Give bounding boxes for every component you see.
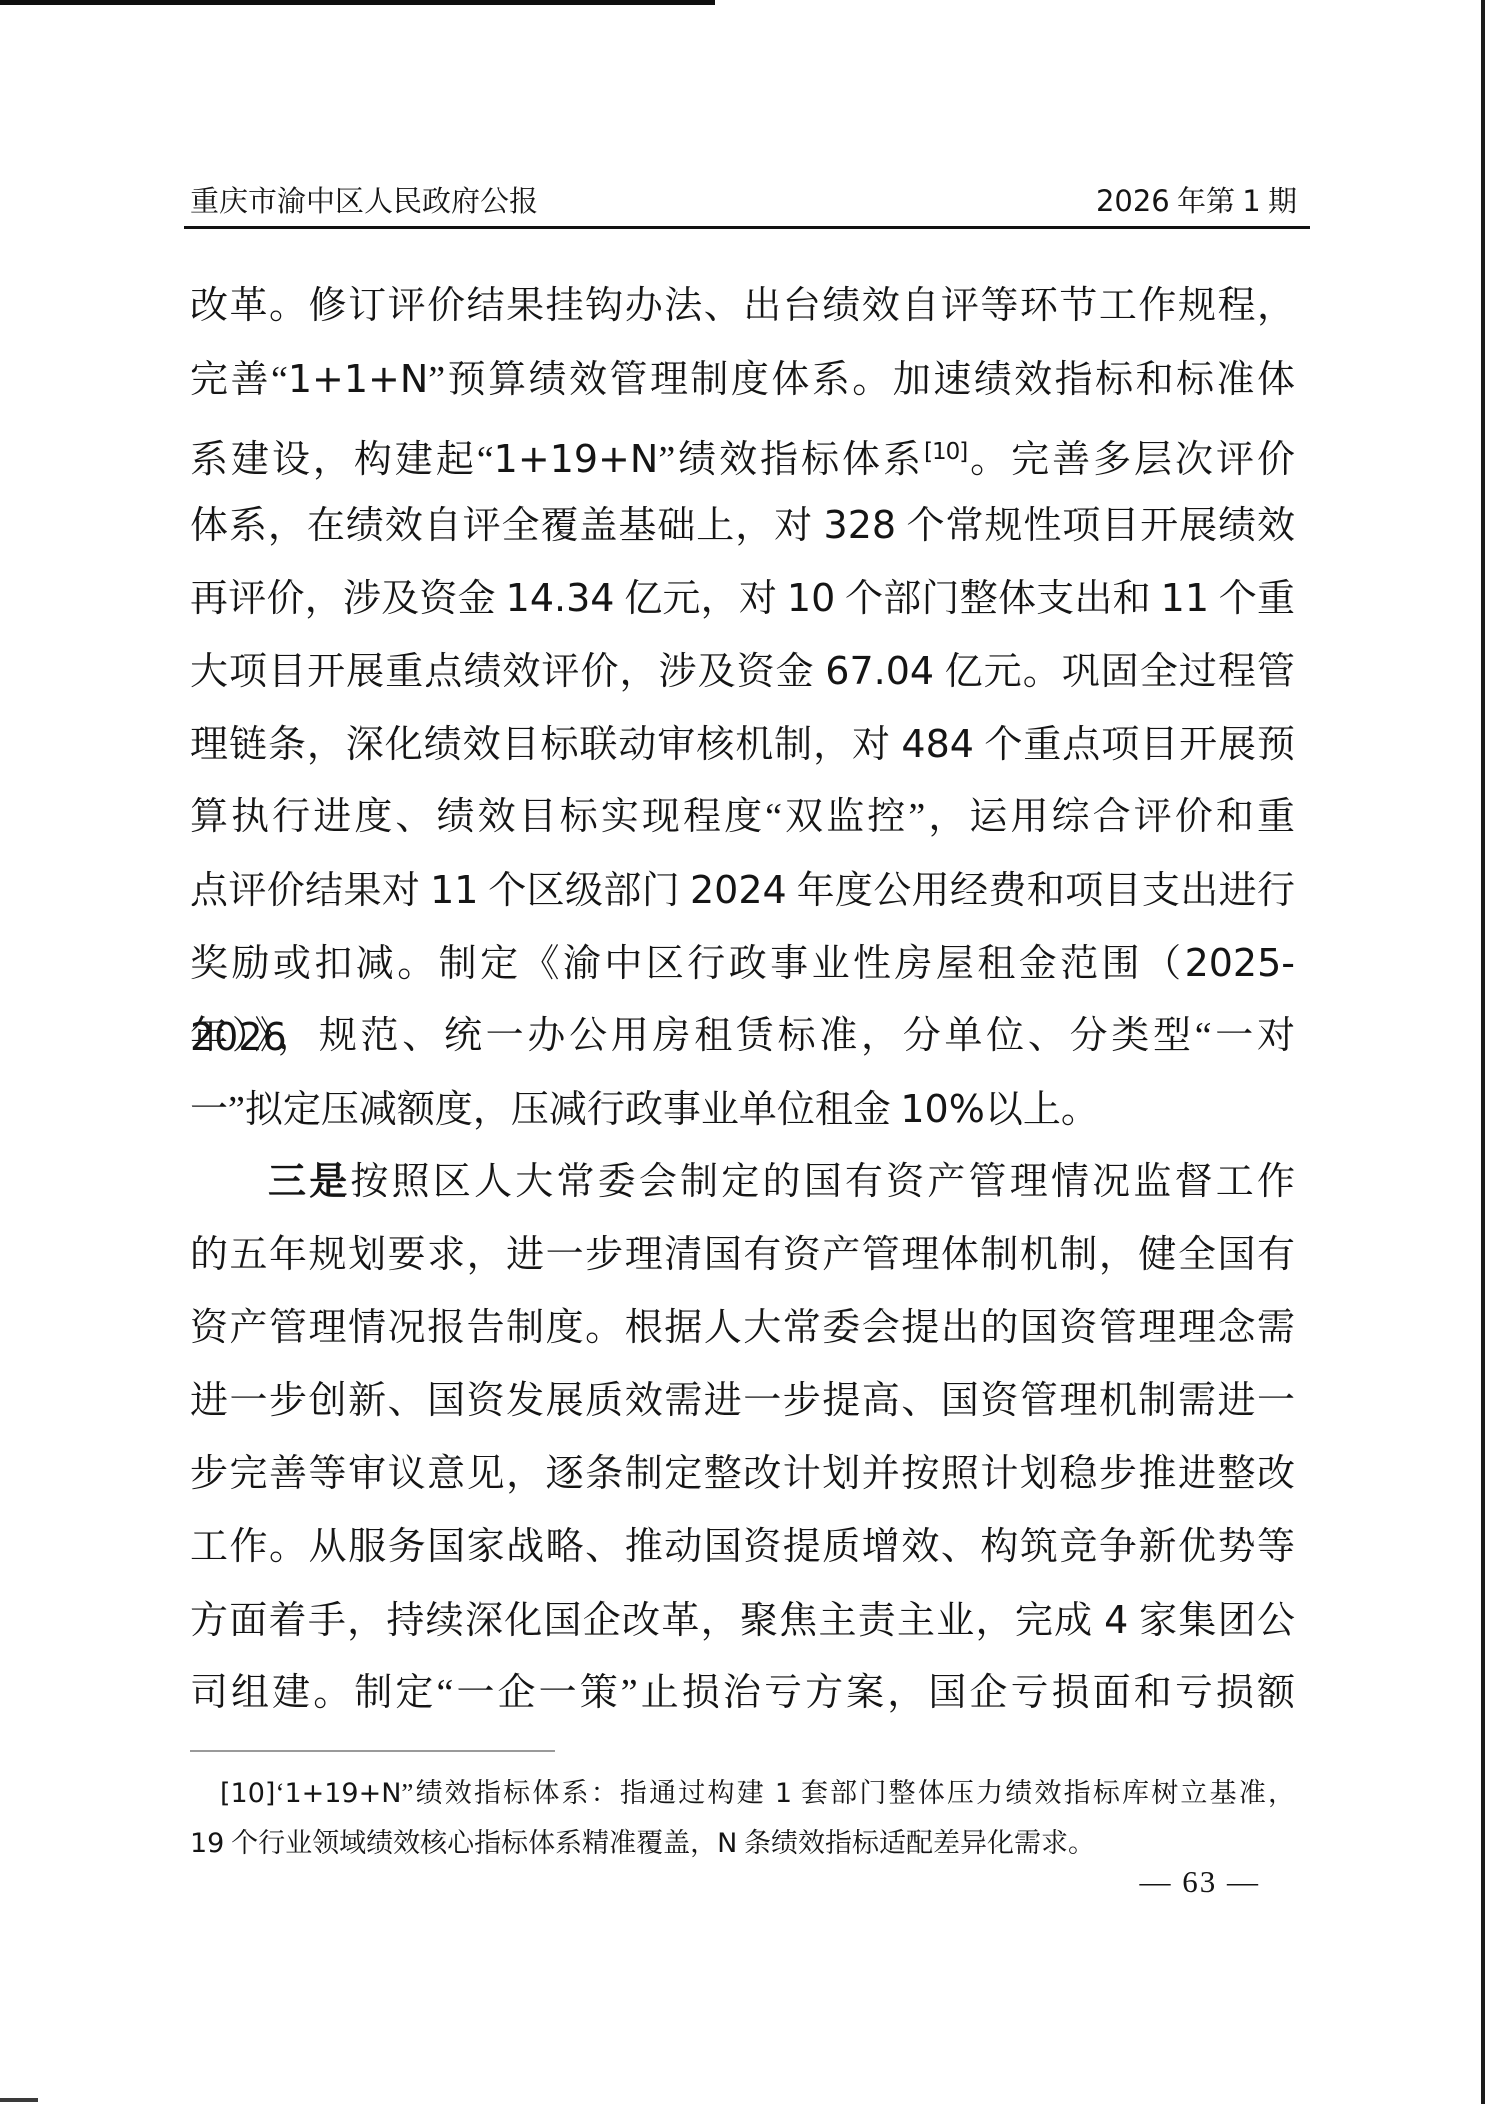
text-run: 期 [1261,186,1297,218]
gazette-title: 重庆市渝中区人民政府公报 [190,185,538,219]
text-run: 年第 [1170,186,1243,218]
text-run: 点评价结果对 [190,870,430,912]
text-line: 奖励或扣减。制定《渝中区行政事业性房屋租金范围（2025-2026 [190,927,1295,1000]
text-line: 的五年规划要求，进一步理清国有资产管理体制机制，健全国有 [190,1219,1295,1292]
text-line: 点评价结果对 11 个区级部门 2024 年度公用经费和项目支出进行 [190,854,1295,927]
text-run: ”绩效指标体系 [658,439,924,481]
text-line: 步完善等审议意见，逐条制定整改计划并按照计划稳步推进整改 [190,1438,1295,1511]
text-run: ”绩效指标体系：指通过构建 [401,1778,774,1808]
text-run: 个常规性项目开展绩效 [896,505,1295,547]
page-header: 重庆市渝中区人民政府公报 2026 年第 1 期 [190,184,1297,219]
text-run: 亿元。巩固全过程管 [934,651,1295,693]
text-run: 三是 [268,1161,350,1203]
numeric-text: 1+19+N [494,437,659,481]
numeric-text: 1+1+N [288,357,428,401]
text-run: 进一步创新、国资发展质效需进一步提高、国资管理机制需进一 [190,1380,1295,1422]
text-run: 奖励或扣减。制定《渝中区行政事业性房屋租金范围（ [190,943,1185,985]
numeric-text: 2026 [1096,184,1170,218]
text-run: 司组建。制定“一企一策”止损治亏方案，国企亏损面和亏损额 [190,1672,1295,1714]
text-run: 亿元，对 [614,578,786,620]
text-line: 方面着手，持续深化国企改革，聚焦主责主业，完成 4 家集团公 [190,1584,1295,1657]
numeric-text: 10 [787,576,835,620]
text-run: 步完善等审议意见，逐条制定整改计划并按照计划稳步推进整改 [190,1453,1295,1495]
text-run: 套部门整体压力绩效指标库树立基准， [792,1778,1295,1808]
scan-artifact-right-edge [1481,0,1485,2104]
text-run: 年）》，规范、统一办公用房租赁标准，分单位、分类型“一对 [190,1015,1295,1057]
text-line: 进一步创新、国资发展质效需进一步提高、国资管理机制需进一 [190,1365,1295,1438]
numeric-text: 484 [901,722,974,766]
numeric-text: 10% [900,1087,984,1131]
numeric-text: 1 [775,1778,792,1809]
text-line: 理链条，深化绩效目标联动审核机制，对 484 个重点项目开展预 [190,708,1295,781]
text-line: 一”拟定压减额度，压减行政事业单位租金 10%以上。 [190,1073,1295,1146]
text-run: 家集团公 [1128,1600,1295,1642]
text-line: 年）》，规范、统一办公用房租赁标准，分单位、分类型“一对 [190,1000,1295,1073]
text-run: 条绩效指标适配差异化需求。 [737,1828,1095,1858]
body-text: 改革。修订评价结果挂钩办法、出台绩效自评等环节工作规程，完善“1+1+N”预算绩… [190,270,1295,1730]
text-line: 三是按照区人大常委会制定的国有资产管理情况监督工作 [190,1146,1295,1219]
text-run: 工作。从服务国家战略、推动国资提质增效、构筑竞争新优势等 [190,1526,1295,1568]
text-line: 资产管理情况报告制度。根据人大常委会提出的国资管理理念需 [190,1292,1295,1365]
text-run: 。完善多层次评价 [967,439,1295,481]
text-line: 系建设，构建起“1+19+N”绩效指标体系[10]。完善多层次评价 [190,416,1295,489]
footnote-ref: [10] [924,439,967,465]
text-run: 年度公用经费和项目支出进行 [787,870,1295,912]
text-line: 算执行进度、绩效目标实现程度“双监控”，运用综合评价和重 [190,781,1295,854]
footnote-separator [190,1750,555,1752]
text-run: 以上。 [985,1089,1099,1131]
scan-artifact-top-edge [0,0,715,5]
issue-label: 2026 年第 1 期 [1096,184,1297,219]
text-line: 再评价，涉及资金 14.34 亿元，对 10 个部门整体支出和 11 个重 [190,562,1295,635]
text-line: 完善“1+1+N”预算绩效管理制度体系。加速绩效指标和标准体 [190,343,1295,416]
text-run: 个重 [1209,578,1295,620]
numeric-text: 11 [430,868,478,912]
text-line: 司组建。制定“一企一策”止损治亏方案，国企亏损面和亏损额 [190,1657,1295,1730]
text-run: 大项目开展重点绩效评价，涉及资金 [190,651,825,693]
header-rule [184,226,1310,229]
numeric-text: 14.34 [506,576,615,620]
numeric-text: 2024 [690,868,787,912]
text-run: 算执行进度、绩效目标实现程度“双监控”，运用综合评价和重 [190,796,1295,838]
text-run: 理链条，深化绩效目标联动审核机制，对 [190,724,901,766]
text-run: 个行业领域绩效核心指标体系精准覆盖， [224,1828,717,1858]
text-line: 工作。从服务国家战略、推动国资提质增效、构筑竞争新优势等 [190,1511,1295,1584]
text-line: 改革。修订评价结果挂钩办法、出台绩效自评等环节工作规程， [190,270,1295,343]
text-run: 的五年规划要求，进一步理清国有资产管理体制机制，健全国有 [190,1234,1295,1276]
text-run: 完善“ [190,359,288,401]
gazette-page: 重庆市渝中区人民政府公报 2026 年第 1 期 改革。修订评价结果挂钩办法、出… [0,0,1488,2104]
text-line: 19 个行业领域绩效核心指标体系精准覆盖，N 条绩效指标适配差异化需求。 [190,1818,1295,1868]
text-run: 系建设，构建起“ [190,439,494,481]
text-run: ”预算绩效管理制度体系。加速绩效指标和标准体 [428,359,1295,401]
numeric-text: 19 [190,1828,224,1859]
numeric-text: 4 [1104,1598,1128,1642]
text-run: 个重点项目开展预 [974,724,1295,766]
numeric-text: N [717,1828,737,1859]
scan-artifact-bottom-edge [0,2098,38,2102]
text-run: 一”拟定压减额度，压减行政事业单位租金 [190,1089,900,1131]
numeric-text: 328 [824,503,897,547]
numeric-text: 11 [1161,576,1209,620]
numeric-text: 1+19+N [284,1778,401,1809]
numeric-text: 1 [1242,184,1260,218]
numeric-text: [10] [220,1778,275,1809]
text-line: 体系，在绩效自评全覆盖基础上，对 328 个常规性项目开展绩效 [190,489,1295,562]
text-run: 资产管理情况报告制度。根据人大常委会提出的国资管理理念需 [190,1307,1295,1349]
page-number: — 63 — [1140,1864,1261,1900]
footnote: [10]‘1+19+N”绩效指标体系：指通过构建 1 套部门整体压力绩效指标库树… [190,1768,1295,1868]
text-run: 改革。修订评价结果挂钩办法、出台绩效自评等环节工作规程， [190,285,1295,327]
text-run: 方面着手，持续深化国企改革，聚焦主责主业，完成 [190,1600,1104,1642]
text-run: 个区级部门 [478,870,690,912]
text-run: 体系，在绩效自评全覆盖基础上，对 [190,505,824,547]
text-run: 个部门整体支出和 [835,578,1160,620]
text-run: 按照区人大常委会制定的国有资产管理情况监督工作 [350,1161,1295,1203]
text-run: 再评价，涉及资金 [190,578,506,620]
text-line: [10]‘1+19+N”绩效指标体系：指通过构建 1 套部门整体压力绩效指标库树… [190,1768,1295,1818]
text-line: 大项目开展重点绩效评价，涉及资金 67.04 亿元。巩固全过程管 [190,635,1295,708]
numeric-text: 67.04 [825,649,934,693]
